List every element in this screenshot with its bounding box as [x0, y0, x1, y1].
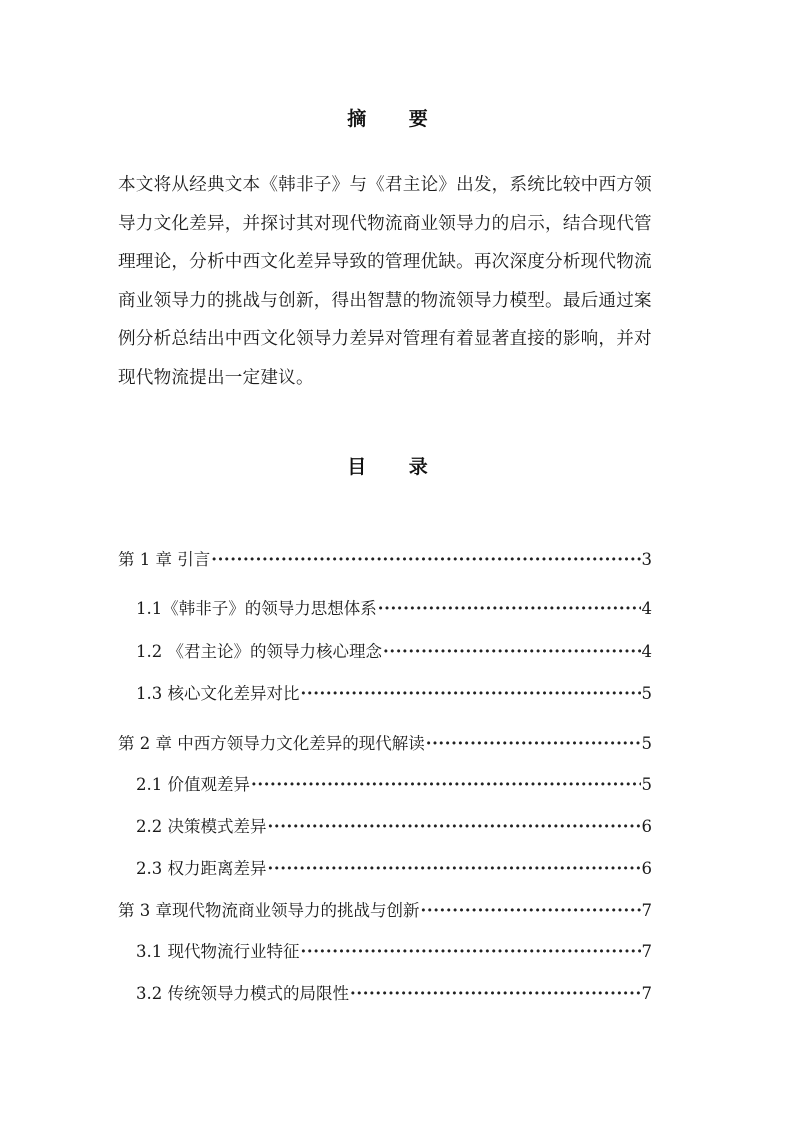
- toc-entry-chapter-3[interactable]: 第 3 章现代物流商业领导力的挑战与创新 7: [118, 897, 652, 921]
- abstract-line: 本文将从经典文本《韩非子》与《君主论》出发，系统比较中西方领: [118, 166, 678, 205]
- toc-entry-title: 第 3 章现代物流商业领导力的挑战与创新: [118, 897, 420, 921]
- toc-entry-chapter-1[interactable]: 第 1 章 引言 3: [118, 546, 652, 570]
- toc-entry-title: 1.1《韩非子》的领导力思想体系: [136, 595, 377, 619]
- toc-page-number: 7: [642, 984, 653, 1003]
- toc-page-number: 3: [642, 550, 653, 569]
- toc-entry-section-1-2[interactable]: 1.2 《君主论》的领导力核心理念 4: [136, 638, 652, 662]
- abstract-line: 理理论，分析中西文化差异导致的管理优缺。再次深度分析现代物流: [118, 243, 678, 282]
- toc-entry-section-2-2[interactable]: 2.2 决策模式差异 6: [136, 813, 652, 837]
- toc-entry-title: 3.2 传统领导力模式的局限性: [136, 980, 349, 1004]
- dot-leader: [268, 859, 641, 878]
- toc-entry-section-2-3[interactable]: 2.3 权力距离差异 6: [136, 855, 652, 879]
- toc-entry-section-3-2[interactable]: 3.2 传统领导力模式的局限性 7: [136, 980, 652, 1004]
- abstract-heading: 摘 要: [0, 104, 793, 131]
- toc-entry-title: 2.3 权力距离差异: [136, 855, 267, 879]
- dot-leader: [426, 734, 641, 753]
- dot-leader: [268, 817, 641, 836]
- toc-entry-title: 2.1 价值观差异: [136, 771, 250, 795]
- abstract-line: 现代物流提出一定建议。: [118, 359, 678, 398]
- toc-entry-title: 2.2 决策模式差异: [136, 813, 267, 837]
- toc-entry-title: 第 1 章 引言: [118, 546, 210, 570]
- abstract-line: 商业领导力的挑战与创新，得出智慧的物流领导力模型。最后通过案: [118, 282, 678, 321]
- toc-page-number: 4: [642, 642, 653, 661]
- toc-entry-section-2-1[interactable]: 2.1 价值观差异 5: [136, 771, 652, 795]
- dot-leader: [383, 642, 641, 661]
- toc-entry-title: 1.2 《君主论》的领导力核心理念: [136, 638, 382, 662]
- toc-page-number: 5: [642, 734, 653, 753]
- toc-entry-chapter-2[interactable]: 第 2 章 中西方领导力文化差异的现代解读 5: [118, 730, 652, 754]
- toc-entry-title: 第 2 章 中西方领导力文化差异的现代解读: [118, 730, 425, 754]
- toc-page-number: 5: [642, 684, 653, 703]
- abstract-line: 导力文化差异，并探讨其对现代物流商业领导力的启示，结合现代管: [118, 205, 678, 244]
- document-page: 摘 要 本文将从经典文本《韩非子》与《君主论》出发，系统比较中西方领 导力文化差…: [0, 0, 793, 1122]
- dot-leader: [301, 942, 641, 961]
- toc-entry-section-1-1[interactable]: 1.1《韩非子》的领导力思想体系 4: [136, 595, 652, 619]
- dot-leader: [350, 984, 641, 1003]
- toc-page-number: 6: [642, 817, 653, 836]
- toc-page-number: 7: [642, 942, 653, 961]
- abstract-line: 例分析总结出中西文化领导力差异对管理有着显著直接的影响，并对: [118, 320, 678, 359]
- abstract-body: 本文将从经典文本《韩非子》与《君主论》出发，系统比较中西方领 导力文化差异，并探…: [118, 166, 678, 397]
- toc-entry-title: 1.3 核心文化差异对比: [136, 680, 300, 704]
- toc-heading: 目 录: [0, 452, 793, 479]
- toc-page-number: 6: [642, 859, 653, 878]
- dot-leader: [301, 684, 641, 703]
- toc-entry-title: 3.1 现代物流行业特征: [136, 938, 300, 962]
- toc-page-number: 5: [642, 775, 653, 794]
- dot-leader: [251, 775, 641, 794]
- toc-page-number: 7: [642, 901, 653, 920]
- dot-leader: [211, 550, 640, 569]
- toc-page-number: 4: [642, 599, 653, 618]
- dot-leader: [421, 901, 641, 920]
- dot-leader: [378, 599, 641, 618]
- toc-entry-section-3-1[interactable]: 3.1 现代物流行业特征 7: [136, 938, 652, 962]
- toc-entry-section-1-3[interactable]: 1.3 核心文化差异对比 5: [136, 680, 652, 704]
